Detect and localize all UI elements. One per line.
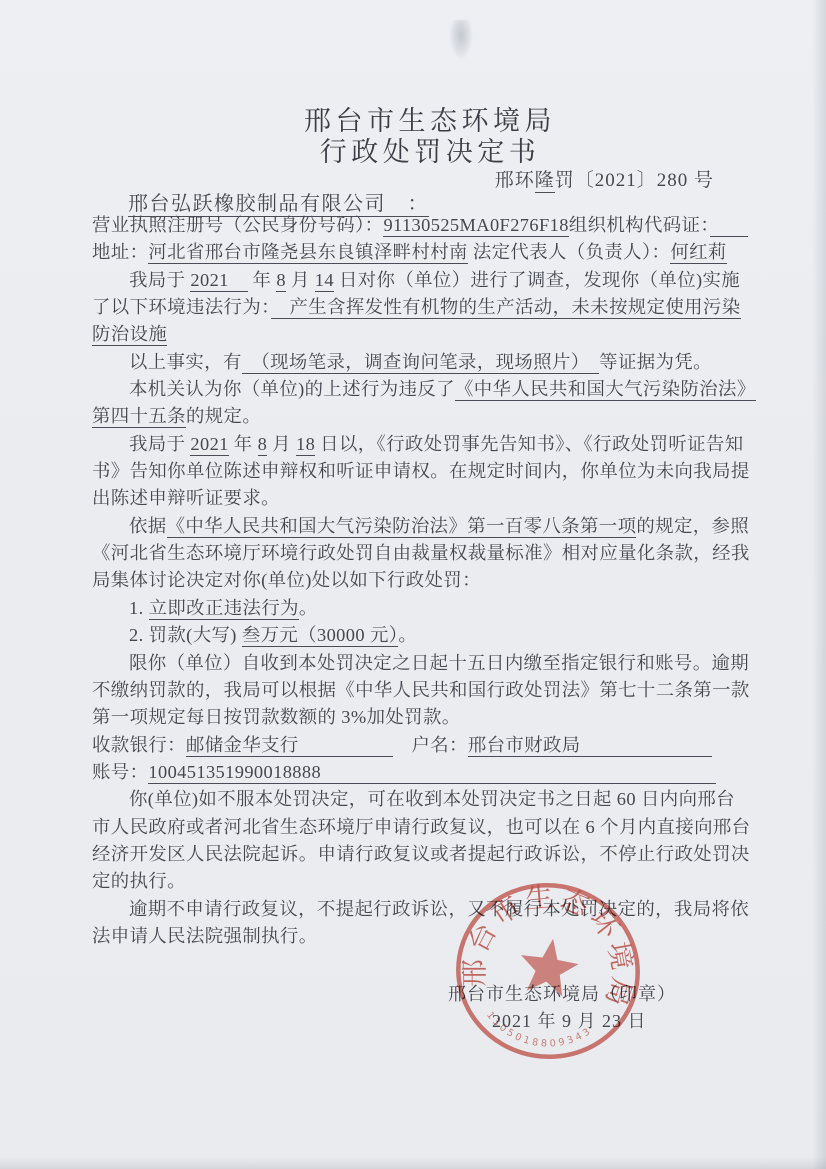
plain-text: 。 bbox=[299, 598, 318, 618]
underlined-text: 8 bbox=[276, 270, 286, 292]
plain-text: 法申请人民法院强制执行。 bbox=[92, 926, 318, 946]
plain-text: 年 bbox=[229, 434, 258, 454]
underlined-text: 隆 bbox=[535, 170, 555, 193]
doc-line: 定的执行。 bbox=[92, 868, 782, 895]
scan-smudge bbox=[450, 20, 472, 58]
plain-text: 出陈述申辩听证要求。 bbox=[92, 488, 280, 508]
underlined-text: 14 bbox=[315, 270, 334, 292]
seal-star-icon bbox=[516, 934, 582, 998]
plain-text: 邢环 bbox=[495, 170, 535, 191]
plain-text: 我局于 bbox=[129, 434, 190, 454]
underlined-text: （现场笔录，调查询问笔录，现场照片） bbox=[242, 352, 599, 374]
plain-text: 。 bbox=[398, 625, 417, 645]
plain-text: 组织机构代码证： bbox=[569, 215, 710, 235]
plain-text: 营业执照注册号（公民身份号码）： bbox=[92, 215, 383, 235]
plain-text: 第一项规定每日按罚款数额的 3%加处罚款。 bbox=[92, 707, 461, 727]
doc-line: 防治设施 bbox=[92, 321, 782, 348]
doc-line: 逾期不申请行政复议，不提起行政诉讼，又不履行本处罚决定的，我局将依 bbox=[92, 896, 782, 923]
doc-line: 我局于 2021 年 8 月 18 日以，《行政处罚事先告知书》、《行政处罚听证… bbox=[92, 431, 782, 458]
underlined-text: 防治设施 bbox=[92, 324, 167, 346]
underlined-text: 《中华人民共和国大气污染防治法》 bbox=[455, 379, 756, 401]
underlined-text: 邮储金华支行 bbox=[186, 735, 393, 757]
plain-text: 的规定。 bbox=[186, 406, 261, 426]
doc-line: 经济开发区人民法院起诉。申请行政复议或者提起行政诉讼，不停止行政处罚决 bbox=[92, 841, 782, 868]
doc-line: 市人民政府或者河北省生态环境厅申请行政复议，也可以在 6 个月内直接向邢台 bbox=[92, 814, 782, 841]
underlined-text: 2021 bbox=[190, 270, 247, 292]
plain-text: 的规定，参照 bbox=[636, 516, 749, 536]
plain-text: 收款银行： bbox=[92, 735, 186, 755]
plain-text: 地址： bbox=[92, 242, 148, 262]
plain-text: 依据 bbox=[129, 516, 167, 536]
doc-line: 法申请人民法院强制执行。 bbox=[92, 923, 782, 950]
scanned-document-page: 邢台市生态环境局 行政处罚决定书 邢环隆罚〔2021〕280 号 邢台弘跃橡胶制… bbox=[0, 0, 826, 1169]
official-red-seal: 邢台市生态环境局 1305018809343 bbox=[433, 863, 664, 1079]
doc-line: 依据《中华人民共和国大气污染防治法》第一百零八条第一项的规定，参照 bbox=[92, 513, 782, 540]
plain-text: 定的执行。 bbox=[92, 871, 186, 891]
plain-text: 书》告知你单位陈述申辩权和听证申请权。在规定时间内，你单位为未向我局提 bbox=[92, 461, 750, 481]
plain-text: 户名： bbox=[393, 735, 468, 755]
doc-line: 书》告知你单位陈述申辩权和听证申请权。在规定时间内，你单位为未向我局提 bbox=[92, 458, 782, 485]
plain-text: 我局于 bbox=[129, 270, 190, 290]
plain-text: 经济开发区人民法院起诉。申请行政复议或者提起行政诉讼，不停止行政处罚决 bbox=[92, 844, 750, 864]
doc-line: 第四十五条的规定。 bbox=[92, 403, 782, 430]
doc-line: 出陈述申辩听证要求。 bbox=[92, 485, 782, 512]
plain-text: 月 bbox=[286, 270, 315, 290]
doc-line: 了以下环境违法行为： 产生含挥发性有机物的生产活动，未未按规定使用污染 bbox=[92, 294, 782, 321]
plain-text: 1. bbox=[129, 598, 149, 618]
plain-text: 日以，《行政处罚事先告知书》、《行政处罚听证告知 bbox=[315, 434, 743, 454]
doc-line: 我局于 2021 年 8 月 14 日对你（单位）进行了调查，发现你（单位)实施 bbox=[92, 267, 782, 294]
plain-text: 月 bbox=[267, 434, 296, 454]
plain-text: 年 bbox=[248, 270, 277, 290]
plain-text: 不缴纳罚款的，我局可以根据《中华人民共和国行政处罚法》第七十二条第一款 bbox=[92, 680, 750, 700]
doc-line: 第一项规定每日按罚款数额的 3%加处罚款。 bbox=[92, 704, 782, 731]
plain-text: 局集体讨论决定对你(单位)处以如下行政处罚： bbox=[92, 570, 481, 590]
doc-line: 本机关认为你（单位)的上述行为违反了《中华人民共和国大气污染防治法》 bbox=[92, 376, 782, 403]
plain-text: 市人民政府或者河北省生态环境厅申请行政复议，也可以在 6 个月内直接向邢台 bbox=[92, 817, 750, 837]
underlined-text: 立即改正违法行为 bbox=[149, 598, 299, 620]
plain-text: 2. 罚款(大写) bbox=[129, 625, 242, 645]
plain-text: 了以下环境违法行为： bbox=[92, 297, 271, 317]
doc-line: 1. 立即改正违法行为。 bbox=[92, 595, 782, 622]
doc-line: 2. 罚款(大写) 叁万元（30000 元）。 bbox=[92, 622, 782, 649]
doc-line: 账号：100451351990018888 bbox=[92, 759, 782, 786]
plain-text: 等证据为凭。 bbox=[599, 352, 712, 372]
underlined-text: 第四十五条 bbox=[92, 406, 186, 428]
doc-line: 地址：河北省邢台市隆尧县东良镇泽畔村村南 法定代表人（负责人）：何红莉 bbox=[92, 239, 782, 266]
plain-text: 罚〔2021〕280 号 bbox=[555, 170, 714, 191]
underlined-text: 18 bbox=[296, 434, 315, 456]
underlined-text: 河北省邢台市隆尧县东良镇泽畔村村南 bbox=[148, 242, 467, 264]
doc-line: 限你（单位）自收到本处罚决定之日起十五日内缴至指定银行和账号。逾期 bbox=[92, 650, 782, 677]
plain-text: 《河北省生态环境厅环境行政处罚自由裁量权裁量标准》相对应量化条款，经我 bbox=[92, 543, 750, 563]
plain-text: 法定代表人（负责人）： bbox=[468, 242, 671, 262]
scan-edge-shadow-right bbox=[812, 0, 826, 1169]
doc-line: 营业执照注册号（公民身份号码）：91130525MA0F276F18组织机构代码… bbox=[92, 212, 782, 239]
doc-line: 不缴纳罚款的，我局可以根据《中华人民共和国行政处罚法》第七十二条第一款 bbox=[92, 677, 782, 704]
underlined-text: 100451351990018888 bbox=[148, 762, 715, 784]
doc-line: 收款银行：邮储金华支行 户名：邢台市财政局 bbox=[92, 732, 782, 759]
underlined-text bbox=[710, 215, 748, 237]
doc-line: 以上事实，有 （现场笔录，调查询问笔录，现场照片） 等证据为凭。 bbox=[92, 349, 782, 376]
underlined-text: 2021 bbox=[190, 434, 228, 456]
scan-edge-shadow-bottom bbox=[0, 1157, 826, 1169]
plain-text: 账号： bbox=[92, 762, 148, 782]
underlined-text: 邢台市财政局 bbox=[468, 735, 712, 757]
plain-text: 限你（单位）自收到本处罚决定之日起十五日内缴至指定银行和账号。逾期 bbox=[129, 653, 749, 673]
plain-text: 日对你（单位）进行了调查，发现你（单位)实施 bbox=[334, 270, 740, 290]
plain-text: 你(单位)如不服本处罚决定，可在收到本处罚决定书之日起 60 日内向邢台 bbox=[129, 789, 735, 809]
underlined-text: 《中华人民共和国大气污染防治法》第一百零八条第一项 bbox=[167, 516, 637, 538]
plain-text: 以上事实，有 bbox=[129, 352, 242, 372]
underlined-text: 叁万元（30000 元） bbox=[242, 625, 399, 647]
document-title-line2: 行政处罚决定书 bbox=[92, 130, 768, 169]
underlined-text: 91130525MA0F276F18 bbox=[383, 215, 568, 237]
document-body: 营业执照注册号（公民身份号码）：91130525MA0F276F18组织机构代码… bbox=[92, 212, 782, 950]
plain-text: 本机关认为你（单位)的上述行为违反了 bbox=[129, 379, 455, 399]
underlined-text: 何红莉 bbox=[670, 242, 726, 264]
underlined-text: 8 bbox=[258, 434, 268, 456]
underlined-text: 产生含挥发性有机物的生产活动，未未按规定使用污染 bbox=[271, 297, 741, 319]
doc-line: 《河北省生态环境厅环境行政处罚自由裁量权裁量标准》相对应量化条款，经我 bbox=[92, 540, 782, 567]
doc-line: 局集体讨论决定对你(单位)处以如下行政处罚： bbox=[92, 567, 782, 594]
doc-line: 你(单位)如不服本处罚决定，可在收到本处罚决定书之日起 60 日内向邢台 bbox=[92, 786, 782, 813]
